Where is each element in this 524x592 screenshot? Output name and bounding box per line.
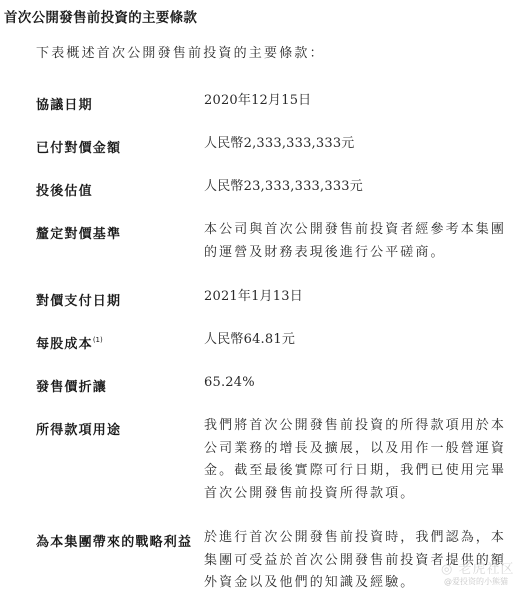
section-heading: 首次公開發售前投資的主要條款 [4, 6, 197, 26]
term-label: 對價支付日期 [36, 290, 121, 309]
term-label: 投後估值 [36, 180, 93, 199]
term-label: 所得款項用途 [36, 419, 121, 438]
term-label: 每股成本(1) [36, 333, 103, 352]
term-value: 人民幣64.81元 [204, 329, 512, 352]
term-label-text: 每股成本 [36, 337, 93, 352]
footnote-marker: (1) [93, 336, 103, 344]
term-value: 2021年1月13日 [204, 286, 512, 309]
term-label: 為本集團帶來的戰略利益 [36, 531, 192, 550]
term-value: 我們將首次公開發售前投資的所得款項用於本公司業務的增長及擴展，以及用作一般營運資… [204, 415, 512, 505]
term-label: 已付對價金額 [36, 137, 121, 156]
term-value: 本公司與首次公開發售前投資者經參考本集團的運營及財務表現後進行公平磋商。 [204, 219, 512, 264]
term-value: 人民幣2,333,333,333元 [204, 133, 512, 156]
term-value: 2020年12月15日 [204, 90, 512, 113]
intro-text: 下表概述首次公開發售前投資的主要條款： [36, 42, 325, 61]
term-label: 釐定對價基準 [36, 223, 121, 242]
term-label: 發售價折讓 [36, 376, 107, 395]
watermark-author: @爱投资的小熊猫 [444, 576, 508, 587]
term-value: 人民幣23,333,333,333元 [204, 176, 512, 199]
term-value: 65.24% [204, 372, 512, 395]
watermark-brand: ◎ 老虎社区 [441, 558, 514, 577]
term-label: 協議日期 [36, 94, 93, 113]
